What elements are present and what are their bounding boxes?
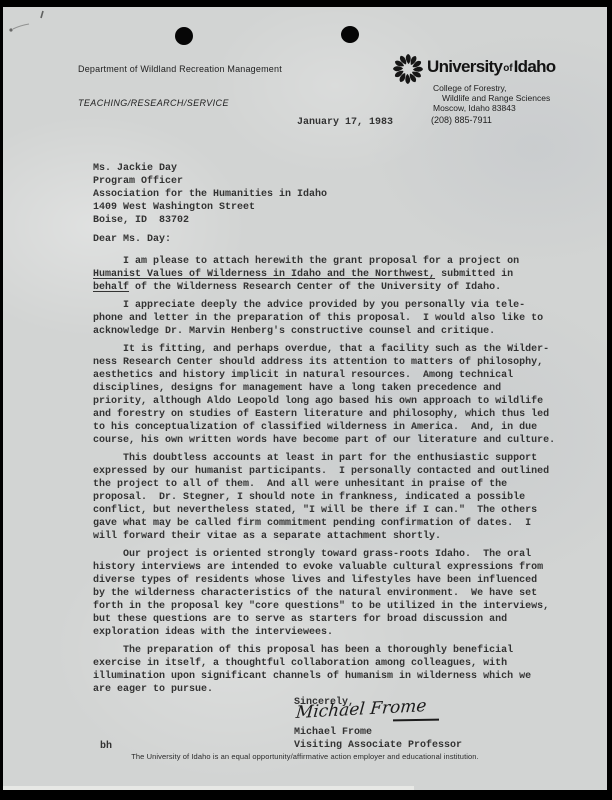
body-line: the project to all of them. And all were… (93, 478, 555, 491)
binder-dot (341, 26, 359, 43)
body-line: proposal. Dr. Stegner, I should note in … (93, 491, 555, 504)
body-line: This doubtless accounts at least in part… (93, 452, 555, 465)
body-line: gave what may be called firm commitment … (93, 517, 555, 530)
paragraph: Our project is oriented strongly toward … (93, 548, 555, 639)
pen-mark-icon (7, 8, 55, 38)
sunburst-icon (389, 50, 427, 88)
scan-edge (3, 786, 414, 790)
binder-dot (175, 27, 193, 45)
letter-date: January 17, 1983 (297, 117, 393, 128)
recipient-line: 1409 West Washington Street (93, 201, 555, 214)
body-line: Our project is oriented strongly toward … (93, 548, 555, 561)
signature-tail (393, 719, 439, 722)
body-line: conflict, but nevertheless stated, "I wi… (93, 504, 555, 517)
body-line: I am please to attach herewith the grant… (93, 255, 555, 268)
footer-disclaimer: The University of Idaho is an equal oppo… (3, 752, 607, 761)
paragraph: It is fitting, and perhaps overdue, that… (93, 343, 555, 447)
wordmark-university: University (427, 57, 502, 76)
body-line: acknowledge Dr. Marvin Henberg's constru… (93, 325, 555, 338)
recipient-line: Program Officer (93, 175, 555, 188)
typist-initials: bh (100, 741, 112, 752)
wordmark-idaho: Idaho (514, 57, 556, 76)
typed-title: Visiting Associate Professor (294, 740, 462, 751)
body-line: are eager to pursue. (93, 683, 555, 696)
body-line: priority, although Aldo Leopold long ago… (93, 395, 555, 408)
body-line: The preparation of this proposal has bee… (93, 644, 555, 657)
recipient-line: Association for the Humanities in Idaho (93, 188, 555, 201)
body-line: exercise in itself, a thoughtful collabo… (93, 657, 555, 670)
recipient-line: Boise, ID 83702 (93, 214, 555, 227)
college-line: College of Forestry, (433, 83, 550, 93)
body-line: Humanist Values of Wilderness in Idaho a… (93, 268, 555, 281)
letter-page: Department of Wildland Recreation Manage… (3, 7, 607, 790)
body-line: forth in the proposal key "core question… (93, 600, 555, 613)
body-line: I appreciate deeply the advice provided … (93, 299, 555, 312)
body-line: aesthetics and history implicit in natur… (93, 369, 555, 382)
paragraph: I appreciate deeply the advice provided … (93, 299, 555, 338)
body-line: phone and letter in the preparation of t… (93, 312, 555, 325)
paragraph: This doubtless accounts at least in part… (93, 452, 555, 543)
college-line: Moscow, Idaho 83843 (433, 103, 550, 113)
body-line: behalf of the Wilderness Research Center… (93, 281, 555, 294)
body-line: exploration ideas with the interviewees. (93, 626, 555, 639)
typed-name: Michael Frome (294, 727, 372, 738)
body-line: ness Research Center should address its … (93, 356, 555, 369)
recipient-block: Ms. Jackie DayProgram OfficerAssociation… (93, 162, 555, 227)
salutation: Dear Ms. Day: (93, 233, 555, 246)
body-line: course, his own written words have becom… (93, 434, 555, 447)
body-line: diverse types of residents whose lives a… (93, 574, 555, 587)
college-address: College of Forestry, Wildlife and Range … (433, 83, 550, 113)
body-line: It is fitting, and perhaps overdue, that… (93, 343, 555, 356)
letterhead-motto: TEACHING/RESEARCH/SERVICE (78, 98, 229, 108)
wordmark-of: of (503, 63, 512, 74)
body-line: to his conceptualization of classified w… (93, 421, 555, 434)
body-line: and forestry on studies of Eastern liter… (93, 408, 555, 421)
university-wordmark: UniversityofIdaho (427, 57, 556, 77)
paragraph: The preparation of this proposal has bee… (93, 644, 555, 696)
body-line: will forward their vitae as a separate a… (93, 530, 555, 543)
body-line: but these questions are to serve as star… (93, 613, 555, 626)
phone-number: (208) 885-7911 (431, 115, 492, 125)
body-paragraphs: I am please to attach herewith the grant… (93, 255, 555, 696)
department-name: Department of Wildland Recreation Manage… (78, 64, 282, 74)
body-line: by the wilderness characteristics of the… (93, 587, 555, 600)
body-line: illumination upon significant channels o… (93, 670, 555, 683)
paragraph: I am please to attach herewith the grant… (93, 255, 555, 294)
body-line: history interviews are intended to evoke… (93, 561, 555, 574)
college-line: Wildlife and Range Sciences (442, 93, 550, 103)
recipient-line: Ms. Jackie Day (93, 162, 555, 175)
body-line: disciplines, designs for management have… (93, 382, 555, 395)
body-line: expressed by our humanist participants. … (93, 465, 555, 478)
letter-body: Ms. Jackie DayProgram OfficerAssociation… (93, 162, 555, 696)
